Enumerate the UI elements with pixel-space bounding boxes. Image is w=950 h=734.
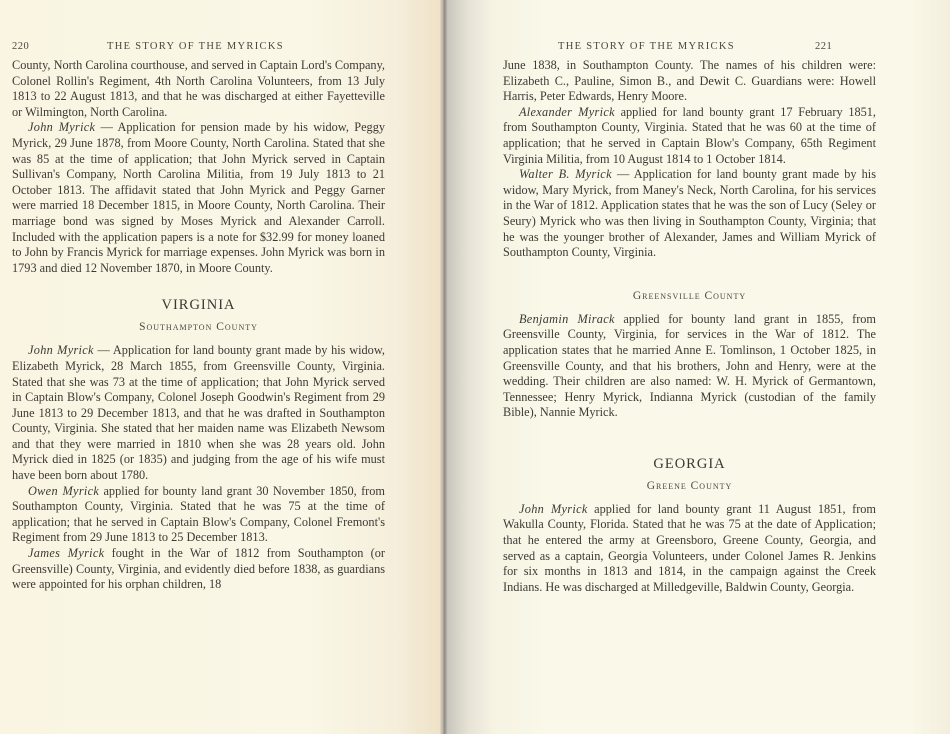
- book-gutter: [440, 0, 448, 734]
- paragraph: James Myrick fought in the War of 1812 f…: [12, 546, 385, 593]
- left-page-body: County, North Carolina courthouse, and s…: [12, 58, 385, 593]
- running-head-left: THE STORY OF THE MYRICKS: [107, 41, 284, 52]
- person-name: Owen Myrick: [28, 484, 99, 498]
- running-head-right: THE STORY OF THE MYRICKS: [558, 41, 735, 52]
- paragraph: June 1838, in Southampton County. The na…: [503, 58, 876, 105]
- county-heading-southampton: Southampton County: [12, 320, 385, 335]
- page-number-right: 221: [815, 41, 832, 52]
- state-heading-virginia: VIRGINIA: [12, 296, 385, 314]
- person-name: Benjamin Mirack: [519, 312, 615, 326]
- person-name: Walter B. Myrick: [519, 167, 612, 181]
- person-name: James Myrick: [28, 546, 104, 560]
- paragraph: Walter B. Myrick — Application for land …: [503, 167, 876, 261]
- county-heading-greensville: Greensville County: [503, 289, 876, 304]
- page-number-left: 220: [12, 41, 29, 52]
- right-page: THE STORY OF THE MYRICKS 221 June 1838, …: [448, 0, 950, 734]
- person-name: John Myrick: [28, 343, 94, 357]
- person-name: Alexander Myrick: [519, 105, 615, 119]
- right-page-body: June 1838, in Southampton County. The na…: [503, 58, 876, 595]
- paragraph: John Myrick — Application for pension ma…: [12, 120, 385, 276]
- state-heading-georgia: GEORGIA: [503, 455, 876, 473]
- paragraph: John Myrick — Application for land bount…: [12, 343, 385, 483]
- spacer: [503, 421, 876, 455]
- spacer: [503, 261, 876, 289]
- county-heading-greene: Greene County: [503, 479, 876, 494]
- paragraph: Benjamin Mirack applied for bounty land …: [503, 312, 876, 421]
- paragraph: County, North Carolina courthouse, and s…: [12, 58, 385, 120]
- person-name: John Myrick: [28, 120, 95, 134]
- paragraph: John Myrick applied for land bounty gran…: [503, 502, 876, 596]
- paragraph: Owen Myrick applied for bounty land gran…: [12, 484, 385, 546]
- book-spread: 220 THE STORY OF THE MYRICKS County, Nor…: [0, 0, 950, 734]
- person-name: John Myrick: [519, 502, 588, 516]
- left-page: 220 THE STORY OF THE MYRICKS County, Nor…: [0, 0, 440, 734]
- paragraph: Alexander Myrick applied for land bounty…: [503, 105, 876, 167]
